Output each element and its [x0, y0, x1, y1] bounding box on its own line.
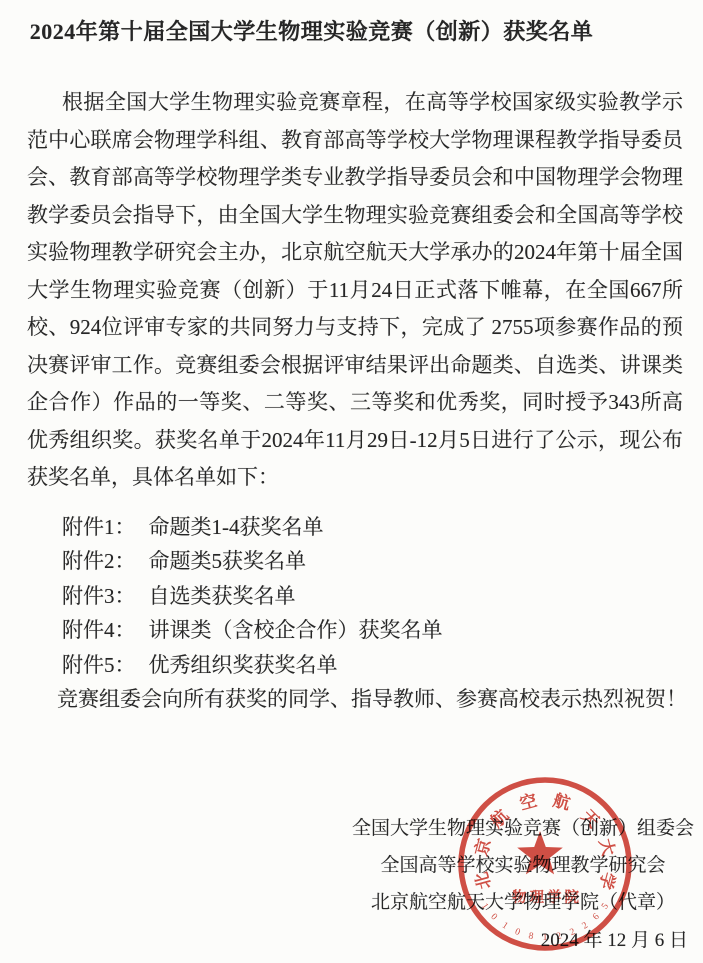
seal-ring-char: 天 [578, 806, 603, 831]
seal-ring-char: 航 [486, 805, 512, 831]
official-seal: 北 京 航 空 航 天 大 学 物理学院 1 0 1 0 8 1 2 2 2 6… [458, 777, 632, 951]
seal-code-digit: 2 [581, 920, 591, 931]
attachment-item: 附件1：命题类1-4获奖名单 [62, 510, 662, 544]
seal-ring-char: 学 [595, 870, 619, 892]
paragraph-line: 根据全国大学生物理实验竞赛章程，在高等学校国家级实验教学示 [27, 84, 683, 122]
document-title: 2024年第十届全国大学生物理实验竞赛（创新）获奖名单 [0, 15, 663, 46]
scanned-document-page: 2024年第十届全国大学生物理实验竞赛（创新）获奖名单 根据全国大学生物理实验竞… [0, 0, 703, 963]
attachment-label: 附件3： [62, 584, 136, 608]
seal-department-text: 物理学院 [512, 888, 582, 906]
seal-code-digit: 1 [479, 902, 490, 912]
attachment-title: 讲课类（含校企合作）获奖名单 [149, 618, 443, 642]
seal-code-digit: 1 [500, 921, 510, 932]
seal-star-icon [517, 831, 563, 874]
attachment-item: 附件3：自选类获奖名单 [62, 579, 662, 613]
paragraph-line: 实验物理教学研究会主办，北京航空航天大学承办的2024年第十届全国 [27, 234, 683, 272]
paragraph-line: 企合作）作品的一等奖、二等奖、三等奖和优秀奖，同时授予343所高校竞赛 [27, 384, 683, 422]
congratulations-line: 竞赛组委会向所有获奖的同学、指导教师、参赛高校表示热烈祝贺！ [57, 682, 662, 716]
seal-ring-char: 大 [595, 836, 619, 858]
seal-code-digit: 2 [556, 931, 563, 942]
body-paragraph: 根据全国大学生物理实验竞赛章程，在高等学校国家级实验教学示 范中心联席会物理学科… [27, 84, 683, 497]
attachment-title: 命题类1-4获奖名单 [149, 515, 324, 539]
paragraph-line: 教学委员会指导下，由全国大学生物理实验竞赛组委会和全国高等学校 [27, 197, 683, 235]
attachment-label: 附件2： [62, 549, 136, 573]
attachment-item: 附件2：命题类5获奖名单 [62, 544, 662, 578]
paragraph-line: 优秀组织奖。获奖名单于2024年11月29日-12月5日进行了公示，现公布正式 [27, 422, 683, 460]
paragraph-line: 大学生物理实验竞赛（创新）于11月24日正式落下帷幕，在全国667所参赛高 [27, 272, 683, 310]
seal-ring-char: 空 [517, 790, 539, 814]
seal-code-digit: 2 [569, 927, 577, 938]
paragraph-line: 决赛评审工作。竞赛组委会根据评审结果评出命题类、自选类、讲课类（含校 [27, 347, 683, 385]
paragraph-line: 获奖名单，具体名单如下： [27, 459, 683, 497]
seal-code-digit: 0 [488, 912, 499, 923]
seal-code-digit: 1 [543, 933, 548, 943]
attachment-item: 附件5：优秀组织奖获奖名单 [62, 648, 662, 682]
attachment-label: 附件5： [62, 653, 136, 677]
paragraph-line: 会、教育部高等学校物理学类专业教学指导委员会和中国物理学会物理 [27, 159, 683, 197]
seal-code-digit: 6 [591, 912, 602, 923]
seal-code-digit: 5 [600, 901, 611, 911]
paragraph-line: 范中心联席会物理学科组、教育部高等学校大学物理课程教学指导委员 [27, 122, 683, 160]
attachment-label: 附件4： [62, 618, 136, 642]
seal-ring-char: 航 [551, 790, 573, 814]
seal-ring-char: 北 [472, 870, 495, 891]
seal-code-digit: 8 [528, 931, 535, 942]
attachments-list: 附件1：命题类1-4获奖名单 附件2：命题类5获奖名单 附件3：自选类获奖名单 … [62, 510, 662, 716]
attachment-label: 附件1： [62, 515, 136, 539]
attachment-title: 优秀组织奖获奖名单 [149, 653, 338, 677]
attachment-title: 自选类获奖名单 [149, 584, 296, 608]
attachment-item: 附件4：讲课类（含校企合作）获奖名单 [62, 613, 662, 647]
seal-ring-char: 京 [471, 836, 495, 858]
seal-code-digit: 0 [513, 927, 521, 938]
paragraph-line: 校、924位评审专家的共同努力与支持下，完成了 2755项参赛作品的预赛、 [27, 309, 683, 347]
attachment-title: 命题类5获奖名单 [149, 549, 307, 573]
